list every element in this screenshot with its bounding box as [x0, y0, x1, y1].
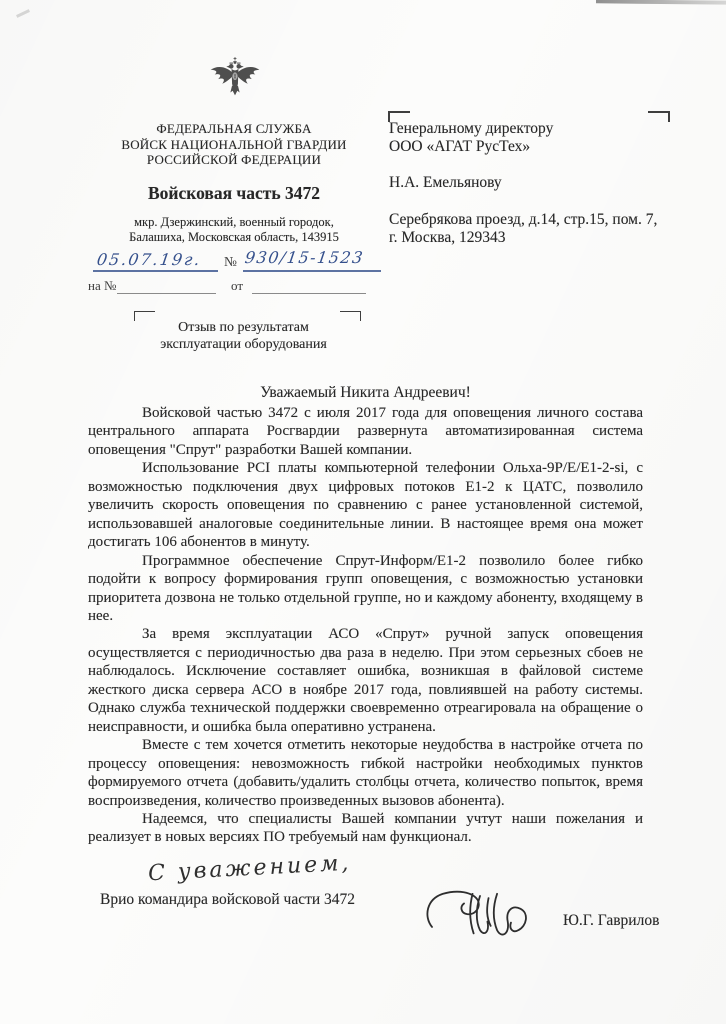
scanned-letter-page: ФЕДЕРАЛЬНАЯ СЛУЖБА ВОЙСК НАЦИОНАЛЬНОЙ ГВ…	[0, 0, 726, 1024]
signature-autograph-icon	[420, 880, 540, 944]
body-paragraph: Войсковой частью 3472 с июля 2017 года д…	[88, 404, 643, 459]
agency-line: РОССИЙСКОЙ ФЕДЕРАЦИИ	[88, 152, 380, 168]
agency-line: ФЕДЕРАЛЬНАЯ СЛУЖБА	[88, 121, 380, 137]
letterhead-agency: ФЕДЕРАЛЬНАЯ СЛУЖБА ВОЙСК НАЦИОНАЛЬНОЙ ГВ…	[88, 121, 380, 168]
scan-artifact-top-left	[16, 9, 30, 18]
body-paragraph: Программное обеспечение Спрут-Информ/Е1-…	[88, 552, 643, 626]
body-paragraph: Использование PCI платы компьютерной тел…	[88, 459, 643, 551]
subject-block: Отзыв по результатам эксплуатации оборуд…	[131, 319, 356, 353]
outgoing-date-handwritten: 05.07.19г.	[96, 250, 203, 269]
salutation: Уважаемый Никита Андреевич!	[88, 384, 643, 402]
reply-date-label: от	[231, 278, 243, 294]
number-sign-label: №	[224, 254, 237, 270]
recipient-org: Генеральному директору ООО «АГАТ РусТех»	[389, 120, 669, 156]
reply-number-blank	[117, 278, 216, 294]
recipient-address-line: Серебрякова проезд, д.14, стр.15, пом. 7…	[389, 211, 679, 229]
recipient-address-line: г. Москва, 129343	[389, 229, 679, 247]
subject-line: эксплуатации оборудования	[131, 336, 356, 353]
unit-name: Войсковая часть 3472	[88, 183, 380, 204]
signatory-name: Ю.Г. Гаврилов	[563, 912, 659, 930]
body-paragraph: Надеемся, что специалисты Вашей компании…	[88, 810, 643, 847]
number-underline: 930/15-1523	[243, 248, 381, 272]
letterhead-address-line: Балашиха, Московская область, 143915	[88, 230, 380, 245]
recipient-org-line: Генеральному директору	[389, 120, 669, 138]
recipient-person: Н.А. Емельянову	[389, 174, 502, 192]
recipient-org-line: ООО «АГАТ РусТех»	[389, 138, 669, 156]
date-underline: 05.07.19г.	[93, 250, 218, 272]
signer-position-title: Врио командира войсковой части 3472	[100, 891, 355, 909]
agency-line: ВОЙСК НАЦИОНАЛЬНОЙ ГВАРДИИ	[88, 137, 380, 153]
scan-artifact-top-right	[596, 0, 726, 5]
outgoing-number-handwritten: 930/15-1523	[244, 248, 366, 267]
letterhead-address: мкр. Дзержинский, военный городок, Балаш…	[88, 215, 380, 245]
reply-number-label: на №	[88, 278, 116, 294]
reply-date-blank	[252, 278, 366, 294]
letterhead-address-line: мкр. Дзержинский, военный городок,	[88, 215, 380, 230]
subject-line: Отзыв по результатам	[131, 319, 356, 336]
recipient-address: Серебрякова проезд, д.14, стр.15, пом. 7…	[389, 211, 679, 247]
rosgvardia-eagle-icon	[206, 52, 264, 112]
body-paragraph: За время эксплуатации АСО «Спрут» ручной…	[88, 625, 643, 736]
closing-handwritten: С уважением,	[147, 851, 351, 887]
body-paragraph: Вместе с тем хочется отметить некоторые …	[88, 736, 643, 810]
letter-body: Войсковой частью 3472 с июля 2017 года д…	[88, 404, 643, 847]
